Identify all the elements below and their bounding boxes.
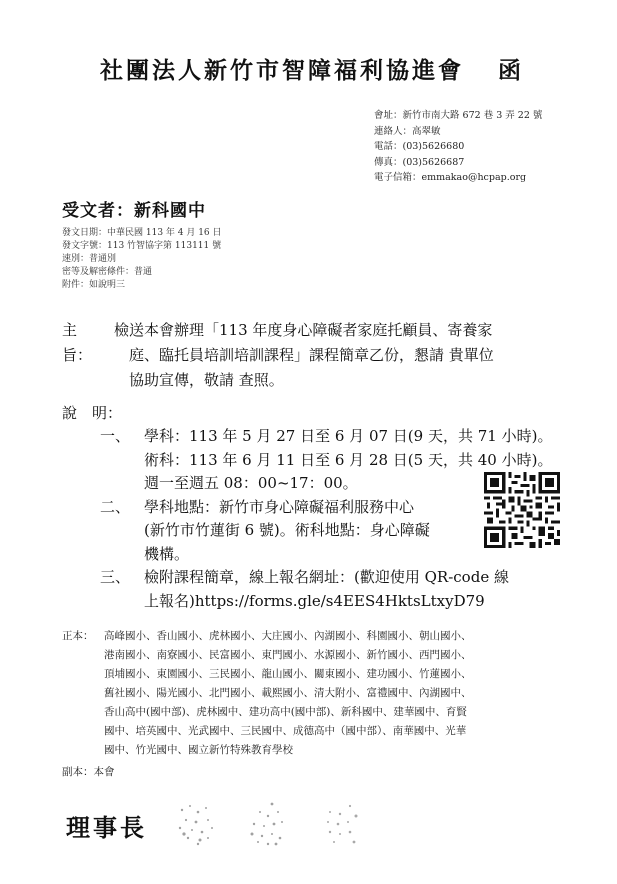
- contact-address: 會址：新竹市南大路 672 巷 3 弄 22 號: [374, 108, 542, 124]
- speed-class: 速別：普通別: [62, 253, 222, 266]
- subject-label: 主 旨：: [62, 318, 114, 368]
- item-number: 一、: [100, 425, 144, 449]
- attachment-note: 附件：如說明三: [62, 279, 222, 292]
- security-class: 密等及解密條件：普通: [62, 266, 222, 279]
- distribution-line: 國中、培英國中、光武國中、三民國中、成德高中（國中部）、南華國中、光華: [104, 722, 472, 741]
- contact-fax: 傳真：(03)5626687: [374, 155, 542, 171]
- document-number: 發文字號：113 竹智協字第 113111 號: [62, 240, 222, 253]
- explanation-label: 說 明：: [62, 402, 122, 423]
- subject-line: 協助宣傳，敬請 查照。: [114, 368, 584, 393]
- copy-recipient: 副本：本會: [62, 764, 115, 779]
- item-number: 二、: [100, 496, 144, 520]
- document-type-label: 函: [498, 52, 521, 85]
- distribution-line: 港南國小、南寮國小、民富國小、東門國小、水源國小、新竹國小、西門國小、: [104, 646, 472, 665]
- distribution-line: 高峰國小、香山國小、虎林國小、大庄國小、內湖國小、科園國小、朝山國小、: [104, 627, 472, 646]
- explanation-item: 三、 檢附課程簡章，線上報名網址：(歡迎使用 QR-code 線 上報名)htt…: [100, 566, 570, 613]
- organization-title: 社團法人新竹市智障福利協進會: [100, 52, 464, 85]
- distribution-line: 舊社國小、陽光國小、北門國小、載熙國小、清大附小、富禮國中、內湖國中、: [104, 684, 472, 703]
- qr-code-icon[interactable]: [484, 472, 560, 548]
- seal-stamp-icon: [316, 798, 368, 850]
- subject-line: 庭、臨托員培訓培訓課程」課程簡章乙份，懇請 貴單位: [114, 343, 584, 368]
- contact-person: 連絡人：高翠敏: [374, 124, 542, 140]
- distribution-label: 正本：: [62, 627, 94, 646]
- item-line: 檢附課程簡章，線上報名網址：(歡迎使用 QR-code 線: [144, 566, 570, 590]
- seal-stamp-icon: [172, 798, 224, 850]
- issue-date: 發文日期：中華民國 113 年 4 月 16 日: [62, 227, 222, 240]
- contact-block: 會址：新竹市南大路 672 巷 3 弄 22 號 連絡人：高翠敏 電話：(03)…: [374, 108, 542, 186]
- recipient: 受文者：新科國中: [62, 196, 206, 221]
- item-line: 術科：113 年 6 月 11 日至 6 月 28 日(5 天，共 40 小時)…: [144, 449, 570, 473]
- seal-stamp-icon: [242, 798, 294, 850]
- registration-url[interactable]: 上報名)https://forms.gle/s4EES4HktsLtxyD79: [144, 590, 570, 614]
- contact-phone: 電話：(03)5626680: [374, 139, 542, 155]
- document-meta: 發文日期：中華民國 113 年 4 月 16 日 發文字號：113 竹智協字第 …: [62, 227, 222, 292]
- distribution-line: 頂埔國小、東園國小、三民國小、龍山國小、關東國小、建功國小、竹蓮國小、: [104, 665, 472, 684]
- subject-line: 檢送本會辦理「113 年度身心障礙者家庭托顧員、寄養家: [114, 318, 584, 343]
- distribution-list: 正本： 高峰國小、香山國小、虎林國小、大庄國小、內湖國小、科園國小、朝山國小、 …: [62, 627, 472, 760]
- subject-text: 檢送本會辦理「113 年度身心障礙者家庭托顧員、寄養家 庭、臨托員培訓培訓課程」…: [114, 318, 584, 393]
- distribution-line: 香山高中(國中部)、虎林國中、建功高中(國中部)、新科國中、建華國中、育賢: [104, 703, 472, 722]
- item-line: 學科：113 年 5 月 27 日至 6 月 07 日(9 天，共 71 小時)…: [144, 425, 570, 449]
- item-number: 三、: [100, 566, 144, 590]
- chairperson-title: 理事長: [66, 808, 147, 843]
- contact-email: 電子信箱：emmakao@hcpap.org: [374, 170, 542, 186]
- distribution-line: 國中、竹光國中、國立新竹特殊教育學校: [104, 741, 472, 760]
